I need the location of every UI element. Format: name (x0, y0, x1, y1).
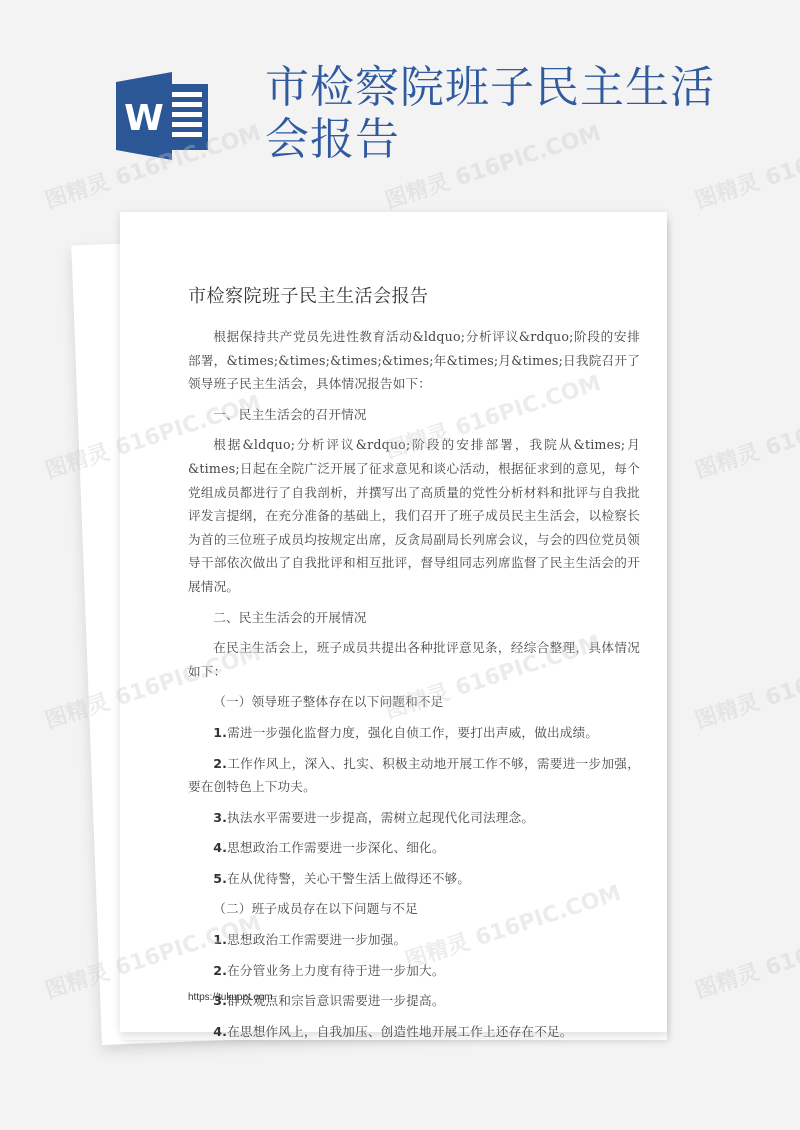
svg-text:W: W (124, 98, 164, 139)
list-item: 2.在分管业务上力度有待于进一步加大。 (188, 959, 640, 983)
section-1-paragraph: 根据&ldquo;分析评议&rdquo;阶段的安排部署，我院从&times;月&… (188, 433, 640, 598)
watermark: 图精灵 616PIC.COM (691, 636, 800, 735)
word-document-icon: W (112, 70, 212, 162)
list-item: 1.需进一步强化监督力度，强化自侦工作，要打出声威，做出成绩。 (188, 721, 640, 745)
list-item: 4.思想政治工作需要进一步深化、细化。 (188, 836, 640, 860)
header: W 市检察院班子民主生活会报告 (0, 0, 800, 200)
section-2-paragraph: 在民主生活会上，班子成员共提出各种批评意见条，经综合整理，具体情况如下： (188, 636, 640, 683)
document-page: 市检察院班子民主生活会报告 根据保持共产党员先进性教育活动&ldquo;分析评议… (120, 212, 667, 1032)
subheading-2: （二）班子成员存在以下问题与不足 (188, 897, 640, 921)
document-body: 根据保持共产党员先进性教育活动&ldquo;分析评议&rdquo;阶段的安排部署… (188, 325, 640, 1050)
list-item: 2.工作作风上，深入、扎实、积极主动地开展工作不够，需要进一步加强，要在创特色上… (188, 752, 640, 799)
list-item: 3.执法水平需要进一步提高，需树立起现代化司法理念。 (188, 806, 640, 830)
intro-paragraph: 根据保持共产党员先进性教育活动&ldquo;分析评议&rdquo;阶段的安排部署… (188, 325, 640, 396)
list-item: 4.在思想作风上，自我加压、创造性地开展工作上还存在不足。 (188, 1020, 640, 1044)
section-heading-2: 二、民主生活会的开展情况 (188, 606, 640, 630)
footer-url: https://tukuppt.com (188, 992, 273, 1003)
list-item: 5.在从优待警，关心干警生活上做得还不够。 (188, 867, 640, 891)
hero-title: 市检察院班子民主生活会报告 (265, 62, 725, 166)
section-heading-1: 一、民主生活会的召开情况 (188, 403, 640, 427)
watermark: 图精灵 616PIC.COM (691, 386, 800, 485)
subheading-1: （一）领导班子整体存在以下问题和不足 (188, 690, 640, 714)
document-title: 市检察院班子民主生活会报告 (188, 282, 429, 308)
list-item: 1.思想政治工作需要进一步加强。 (188, 928, 640, 952)
watermark: 图精灵 616PIC.COM (691, 906, 800, 1005)
